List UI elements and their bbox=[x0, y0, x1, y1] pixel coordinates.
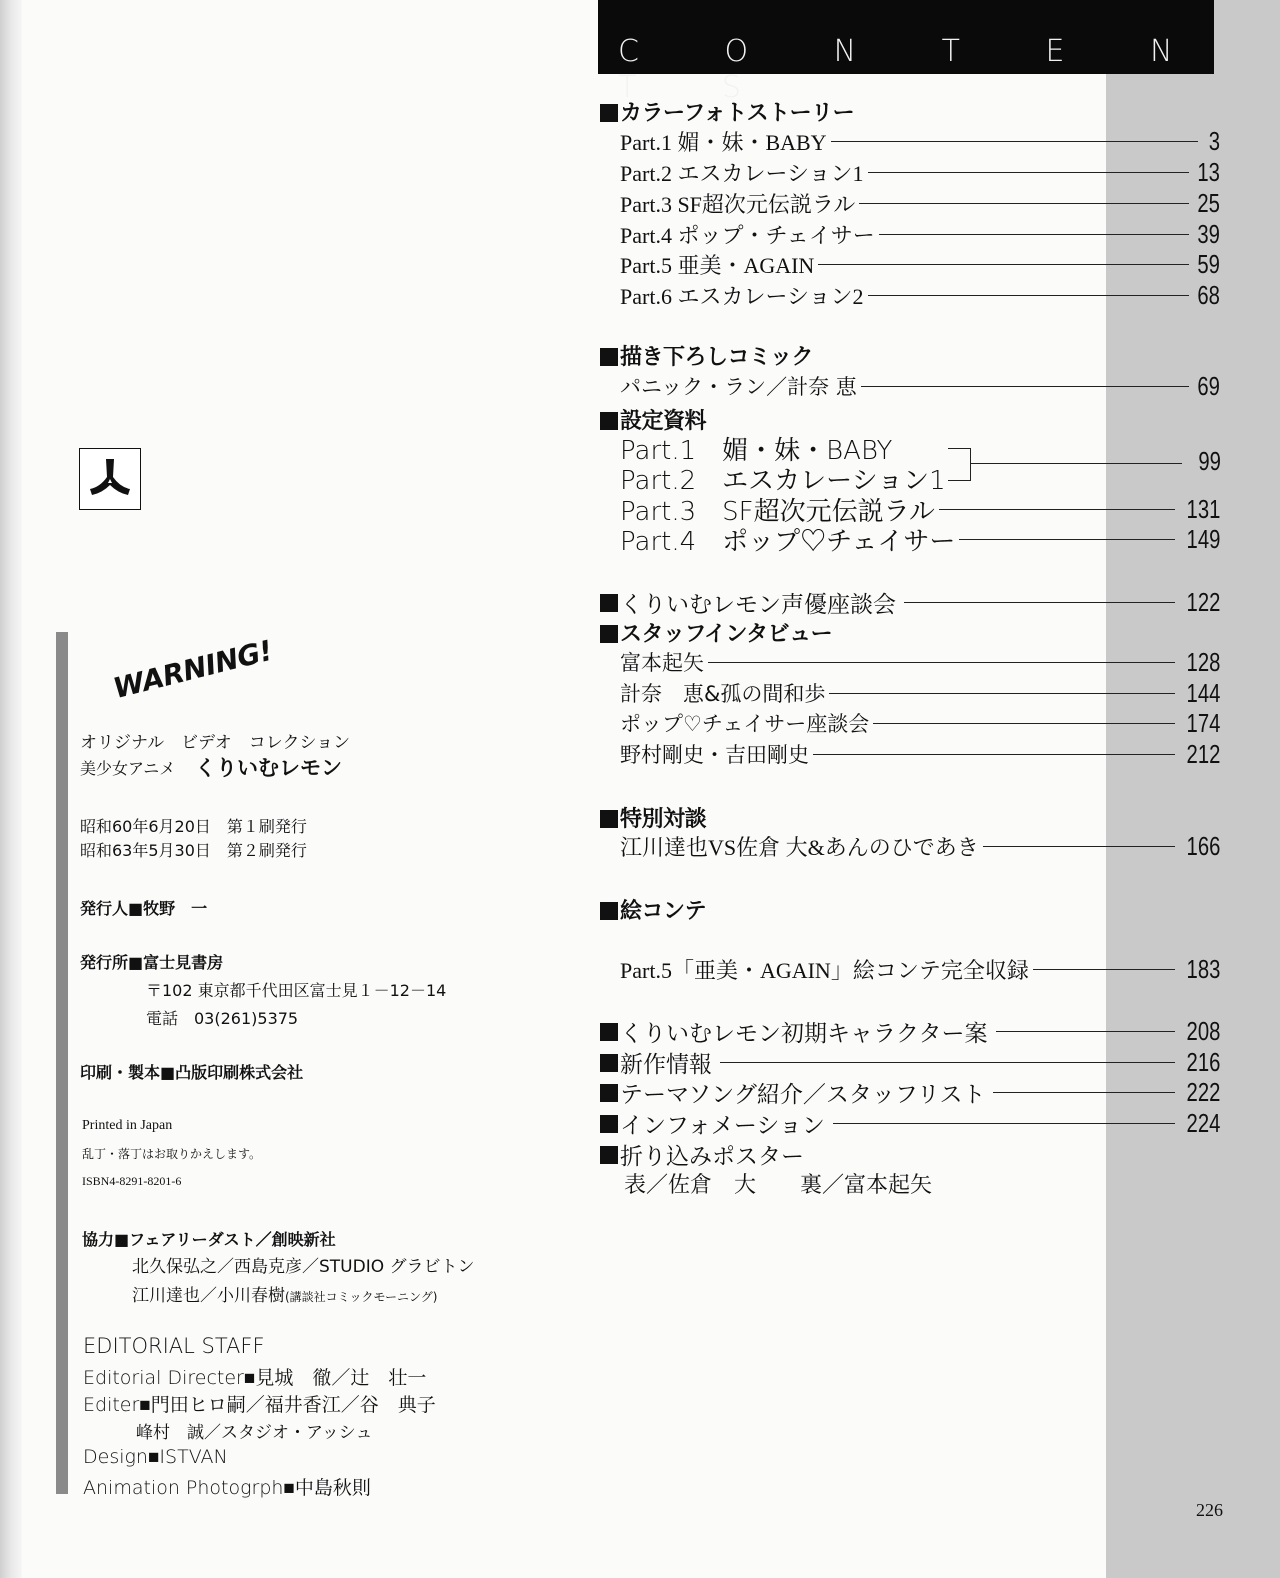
photo-credit: Animation Photogrph■中島秋則 bbox=[83, 1473, 371, 1500]
printer-name: 印刷・製本■凸版印刷株式会社 bbox=[80, 1060, 303, 1083]
leader-line bbox=[868, 295, 1190, 296]
leader-line bbox=[831, 141, 1198, 142]
leader-line bbox=[996, 1031, 1175, 1032]
warning-label: WARNING! bbox=[110, 634, 275, 705]
toc-entry[interactable]: パニック・ラン／計奈 恵69 bbox=[620, 371, 1220, 401]
series-name: オリジナル ビデオ コレクション bbox=[80, 728, 350, 753]
toc-entry-initial-characters[interactable]: くりいむレモン初期キャラクター案208 bbox=[600, 1015, 1220, 1048]
leader-line bbox=[833, 1123, 1175, 1124]
title-prefix: 美少女アニメ bbox=[80, 756, 175, 779]
toc-entry[interactable]: Part.4 ポップ♡チェイサー149 bbox=[620, 524, 1220, 554]
toc-entry[interactable]: Part.5「亜美・AGAIN」絵コンテ完全収録183 bbox=[620, 954, 1220, 984]
cooperation-line-3: 江川達也／小川春樹(講談社コミックモーニング) bbox=[132, 1281, 437, 1306]
toc-entry[interactable]: Part.6 エスカレーション268 bbox=[620, 280, 1220, 310]
bullet-square-icon bbox=[600, 625, 618, 643]
print-date-2: 昭和63年5月30日 第２刷発行 bbox=[80, 838, 307, 861]
section-heading-comic: 描き下ろしコミック bbox=[600, 340, 813, 371]
publisher-logo bbox=[79, 448, 141, 510]
section-heading-staff-interview: スタッフインタビュー bbox=[600, 617, 832, 648]
leader-line bbox=[818, 264, 1189, 265]
bullet-square-icon bbox=[600, 810, 618, 828]
bracket-line bbox=[948, 448, 971, 481]
toc-entry[interactable]: Part.3 SF超次元伝説ラル131 bbox=[620, 494, 1220, 524]
leader-line bbox=[868, 172, 1190, 173]
bullet-square-icon bbox=[600, 104, 618, 122]
publisher-address: 〒102 東京都千代田区富士見１－12－14 bbox=[146, 978, 446, 1001]
leader-line bbox=[983, 846, 1175, 847]
bullet-square-icon bbox=[600, 1023, 618, 1041]
toc-entry[interactable]: Part.2 エスカレーション1 bbox=[620, 463, 950, 493]
toc-entry[interactable]: 江川達也VS佐倉 大&あんのひであき166 bbox=[620, 831, 1220, 861]
leader-line bbox=[708, 662, 1175, 663]
section-heading-color-photo-story: カラーフォトストーリー bbox=[600, 96, 854, 127]
leader-line bbox=[959, 539, 1174, 540]
toc-entry[interactable]: 富本起矢128 bbox=[620, 647, 1220, 677]
leader-line bbox=[970, 463, 1182, 464]
toc-entry[interactable]: Part.5 亜美・AGAIN59 bbox=[620, 249, 1220, 279]
toc-entry-poster: 折り込みポスター bbox=[600, 1138, 1220, 1171]
toc-entry-information[interactable]: インフォメーション224 bbox=[600, 1107, 1220, 1140]
section-heading-special-talk: 特別対談 bbox=[600, 802, 706, 833]
editorial-staff-heading: EDITORIAL STAFF bbox=[83, 1334, 265, 1358]
bullet-square-icon bbox=[600, 348, 618, 366]
toc-entry-new-works[interactable]: 新作情報216 bbox=[600, 1046, 1220, 1079]
toc-entry[interactable]: 計奈 恵&孤の間和歩144 bbox=[620, 678, 1220, 708]
leader-line bbox=[993, 1092, 1174, 1093]
bullet-square-icon bbox=[600, 412, 618, 430]
cooperation-line-1: 協力■フェアリーダスト／創映新社 bbox=[82, 1227, 336, 1250]
bullet-square-icon bbox=[600, 902, 618, 920]
publisher-phone: 電話 03(261)5375 bbox=[146, 1006, 298, 1029]
replace-note: 乱丁・落丁はお取りかえします。 bbox=[82, 1145, 261, 1162]
toc-entry[interactable]: Part.1 媚・妹・BABY3 bbox=[620, 126, 1220, 156]
leader-line bbox=[813, 754, 1175, 755]
page-edge-shadow bbox=[0, 0, 22, 1578]
bullet-square-icon bbox=[600, 1146, 618, 1164]
colophon-side-bar bbox=[56, 632, 68, 1494]
toc-entry[interactable]: Part.3 SF超次元伝説ラル25 bbox=[620, 188, 1220, 218]
editor-line-2: 峰村 誠／スタジオ・アッシュ bbox=[136, 1418, 372, 1443]
publisher-person: 発行人■牧野 一 bbox=[80, 896, 207, 919]
editorial-director: Editorial Directer■見城 徹／辻 壮一 bbox=[83, 1363, 426, 1390]
design-credit: Design■ISTVAN bbox=[83, 1446, 228, 1469]
publisher-logo-icon bbox=[80, 449, 140, 509]
leader-line bbox=[859, 203, 1189, 204]
leader-line bbox=[720, 1062, 1175, 1063]
toc-entry-theme-songs[interactable]: テーマソング紹介／スタッフリスト222 bbox=[600, 1076, 1220, 1109]
section-heading-storyboard: 絵コンテ bbox=[600, 894, 706, 925]
bullet-square-icon bbox=[600, 594, 618, 612]
toc-entry-voice-actors[interactable]: くりいむレモン声優座談会122 bbox=[600, 586, 1220, 619]
poster-detail: 表／佐倉 大 裏／富本起矢 bbox=[624, 1168, 932, 1199]
contents-header-bar: C O N T E N T S bbox=[598, 0, 1214, 74]
leader-line bbox=[879, 234, 1189, 235]
editor: Editer■門田ヒロ嗣／福井香江／谷 典子 bbox=[83, 1390, 436, 1417]
leader-line bbox=[861, 386, 1189, 387]
toc-entry[interactable]: Part.1 媚・妹・BABY bbox=[620, 433, 950, 463]
book-title: くりいむレモン bbox=[195, 752, 342, 782]
page-number: 99 bbox=[1198, 446, 1221, 477]
toc-entry[interactable]: Part.2 エスカレーション113 bbox=[620, 157, 1220, 187]
toc-entry[interactable]: Part.4 ポップ・チェイサー39 bbox=[620, 219, 1220, 249]
print-date-1: 昭和60年6月20日 第１刷発行 bbox=[80, 814, 307, 837]
leader-line bbox=[904, 602, 1175, 603]
isbn: ISBN4-8291-8201-6 bbox=[82, 1174, 181, 1189]
leader-line bbox=[1033, 969, 1175, 970]
bullet-square-icon bbox=[600, 1084, 618, 1102]
leader-line bbox=[939, 509, 1175, 510]
bullet-square-icon bbox=[600, 1054, 618, 1072]
cooperation-line-2: 北久保弘之／西島克彦／STUDIO グラビトン bbox=[132, 1252, 475, 1277]
bullet-square-icon bbox=[600, 1115, 618, 1133]
printed-in: Printed in Japan bbox=[82, 1118, 172, 1134]
toc-entry[interactable]: ポップ♡チェイサー座談会174 bbox=[620, 708, 1220, 738]
publisher-name: 発行所■富士見書房 bbox=[80, 950, 223, 973]
toc-entry[interactable]: 野村剛史・吉田剛史212 bbox=[620, 739, 1220, 769]
leader-line bbox=[829, 693, 1174, 694]
page-number: 226 bbox=[1196, 1500, 1223, 1521]
leader-line bbox=[873, 723, 1174, 724]
